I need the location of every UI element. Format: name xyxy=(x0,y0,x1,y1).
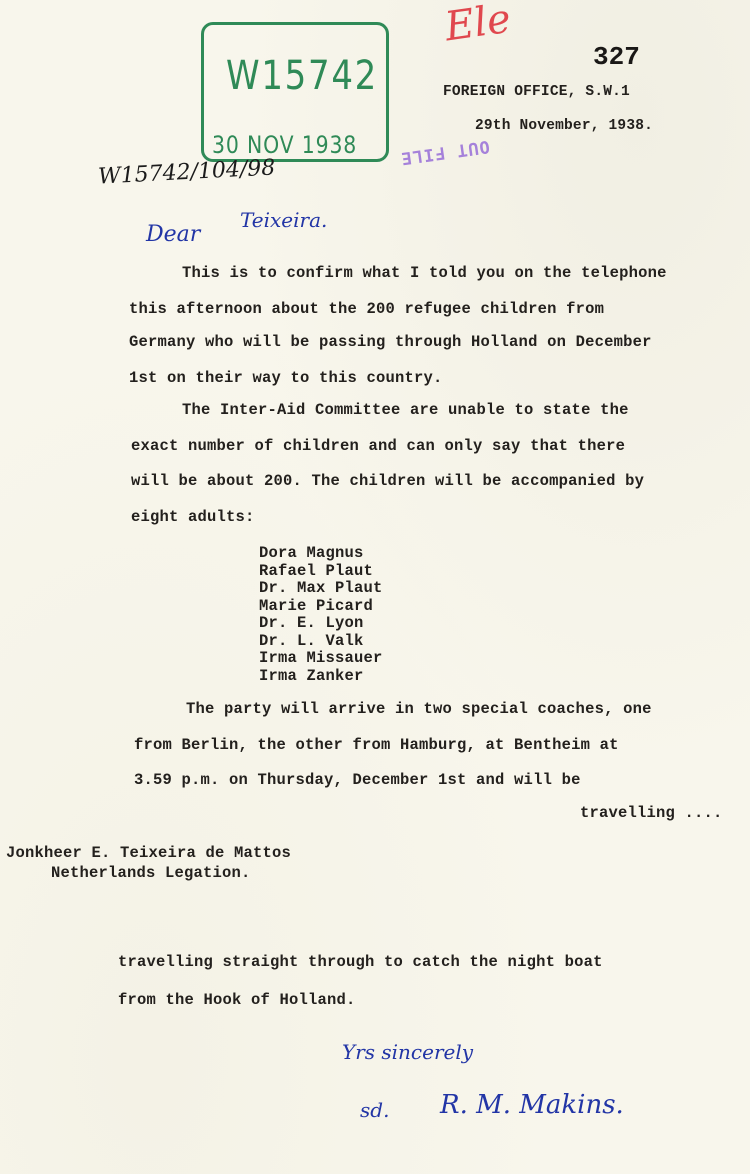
document-page: W15742 30 NOV 1938 Ele 327 FOREIGN OFFIC… xyxy=(0,0,750,1174)
folio-number: 327 xyxy=(593,42,640,72)
valediction: Yrs sincerely xyxy=(342,1040,473,1064)
paragraph-line: The party will arrive in two special coa… xyxy=(186,700,652,718)
paragraph-line: will be about 200. The children will be … xyxy=(131,472,644,490)
adult-name: Irma Zanker xyxy=(259,668,383,686)
adult-name: Dr. E. Lyon xyxy=(259,615,383,633)
stamp-reference: W15742 xyxy=(226,53,378,99)
letter-date: 29th November, 1938. xyxy=(475,118,653,134)
paragraph-line: This is to confirm what I told you on th… xyxy=(182,264,667,282)
registry-stamp: W15742 30 NOV 1938 xyxy=(201,22,389,162)
adult-name: Irma Missauer xyxy=(259,650,383,668)
red-pencil-annotation: Ele xyxy=(442,0,513,50)
adult-name: Dr. L. Valk xyxy=(259,633,383,651)
paragraph-line: 3.59 p.m. on Thursday, December 1st and … xyxy=(134,771,581,789)
paragraph-line: this afternoon about the 200 refugee chi… xyxy=(129,300,604,318)
adults-list: Dora Magnus Rafael Plaut Dr. Max Plaut M… xyxy=(259,545,383,685)
stamp-date: 30 NOV 1938 xyxy=(212,131,357,159)
adult-name: Marie Picard xyxy=(259,598,383,616)
adult-name: Dr. Max Plaut xyxy=(259,580,383,598)
paragraph-line: Germany who will be passing through Holl… xyxy=(129,333,652,351)
letterhead-office: FOREIGN OFFICE, S.W.1 xyxy=(443,84,630,100)
addressee-organisation: Netherlands Legation. xyxy=(51,864,251,882)
paragraph-line: travelling straight through to catch the… xyxy=(118,953,603,971)
salutation-name: Teixeira. xyxy=(240,208,327,232)
paragraph-line: from the Hook of Holland. xyxy=(118,991,356,1009)
adult-name: Rafael Plaut xyxy=(259,563,383,581)
paragraph-line: 1st on their way to this country. xyxy=(129,369,443,387)
out-file-stamp: OUT FILE xyxy=(399,136,491,168)
handwritten-reference: W15742/104/98 xyxy=(97,155,275,189)
paragraph-line: exact number of children and can only sa… xyxy=(131,437,625,455)
salutation-greeting: Dear xyxy=(146,222,200,247)
signed-prefix: sd. xyxy=(360,1098,389,1122)
paragraph-line: eight adults: xyxy=(131,508,255,526)
paragraph-line: from Berlin, the other from Hamburg, at … xyxy=(134,736,619,754)
paragraph-line: The Inter-Aid Committee are unable to st… xyxy=(182,401,629,419)
signature: R. M. Makins. xyxy=(440,1090,624,1120)
adult-name: Dora Magnus xyxy=(259,545,383,563)
addressee-name: Jonkheer E. Teixeira de Mattos xyxy=(6,844,291,862)
catchword: travelling .... xyxy=(580,804,723,822)
